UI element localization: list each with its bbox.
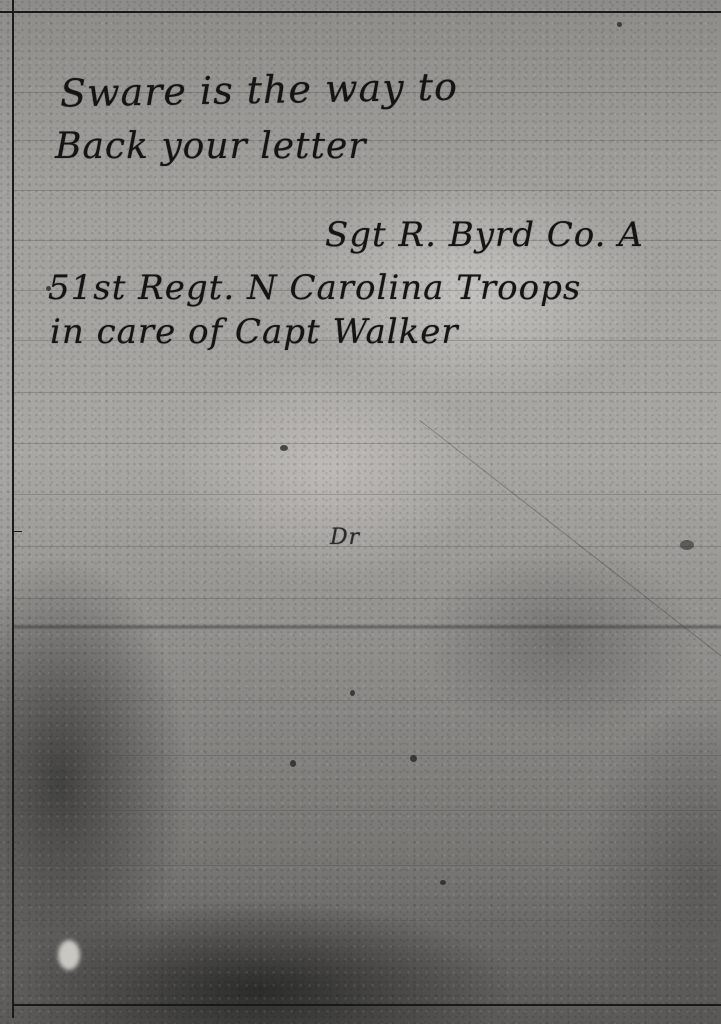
ink-blot [46,286,51,291]
handwritten-line-2: Back your letter [55,126,366,167]
ruled-line [14,700,721,701]
frame-border-top [0,11,721,13]
ink-blot [440,880,446,885]
paper-fold [14,624,721,630]
document-page: Sware is the way to Back your letter Sgt… [0,0,721,1024]
stray-ink-mark: Dr [330,525,360,550]
ruled-line [14,443,721,444]
handwritten-address-care-of: in care of Capt Walker [50,312,459,352]
ink-blot [350,690,355,696]
ruled-line [14,810,721,811]
frame-border-bottom [12,1004,721,1006]
ruled-line [14,755,721,756]
handwritten-line-1: Sware is the way to [60,65,459,116]
ink-blot [410,755,417,762]
light-spot [58,940,80,970]
ruled-line [14,920,721,921]
frame-border-left [12,0,14,1018]
ruled-line [14,190,721,191]
frame-tick-mark [12,531,22,532]
ruled-line [14,494,721,495]
ink-blot [280,445,288,451]
ink-blot [680,540,694,550]
ink-blot [290,760,296,767]
handwritten-address-regiment: 51st Regt. N Carolina Troops [48,268,581,308]
ruled-line [14,865,721,866]
crease-line [419,420,721,679]
ruled-line [14,392,721,393]
handwritten-address-name: Sgt R. Byrd Co. A [325,215,644,255]
ruled-line [14,546,721,547]
ink-blot [617,22,622,27]
ruled-line [14,598,721,599]
